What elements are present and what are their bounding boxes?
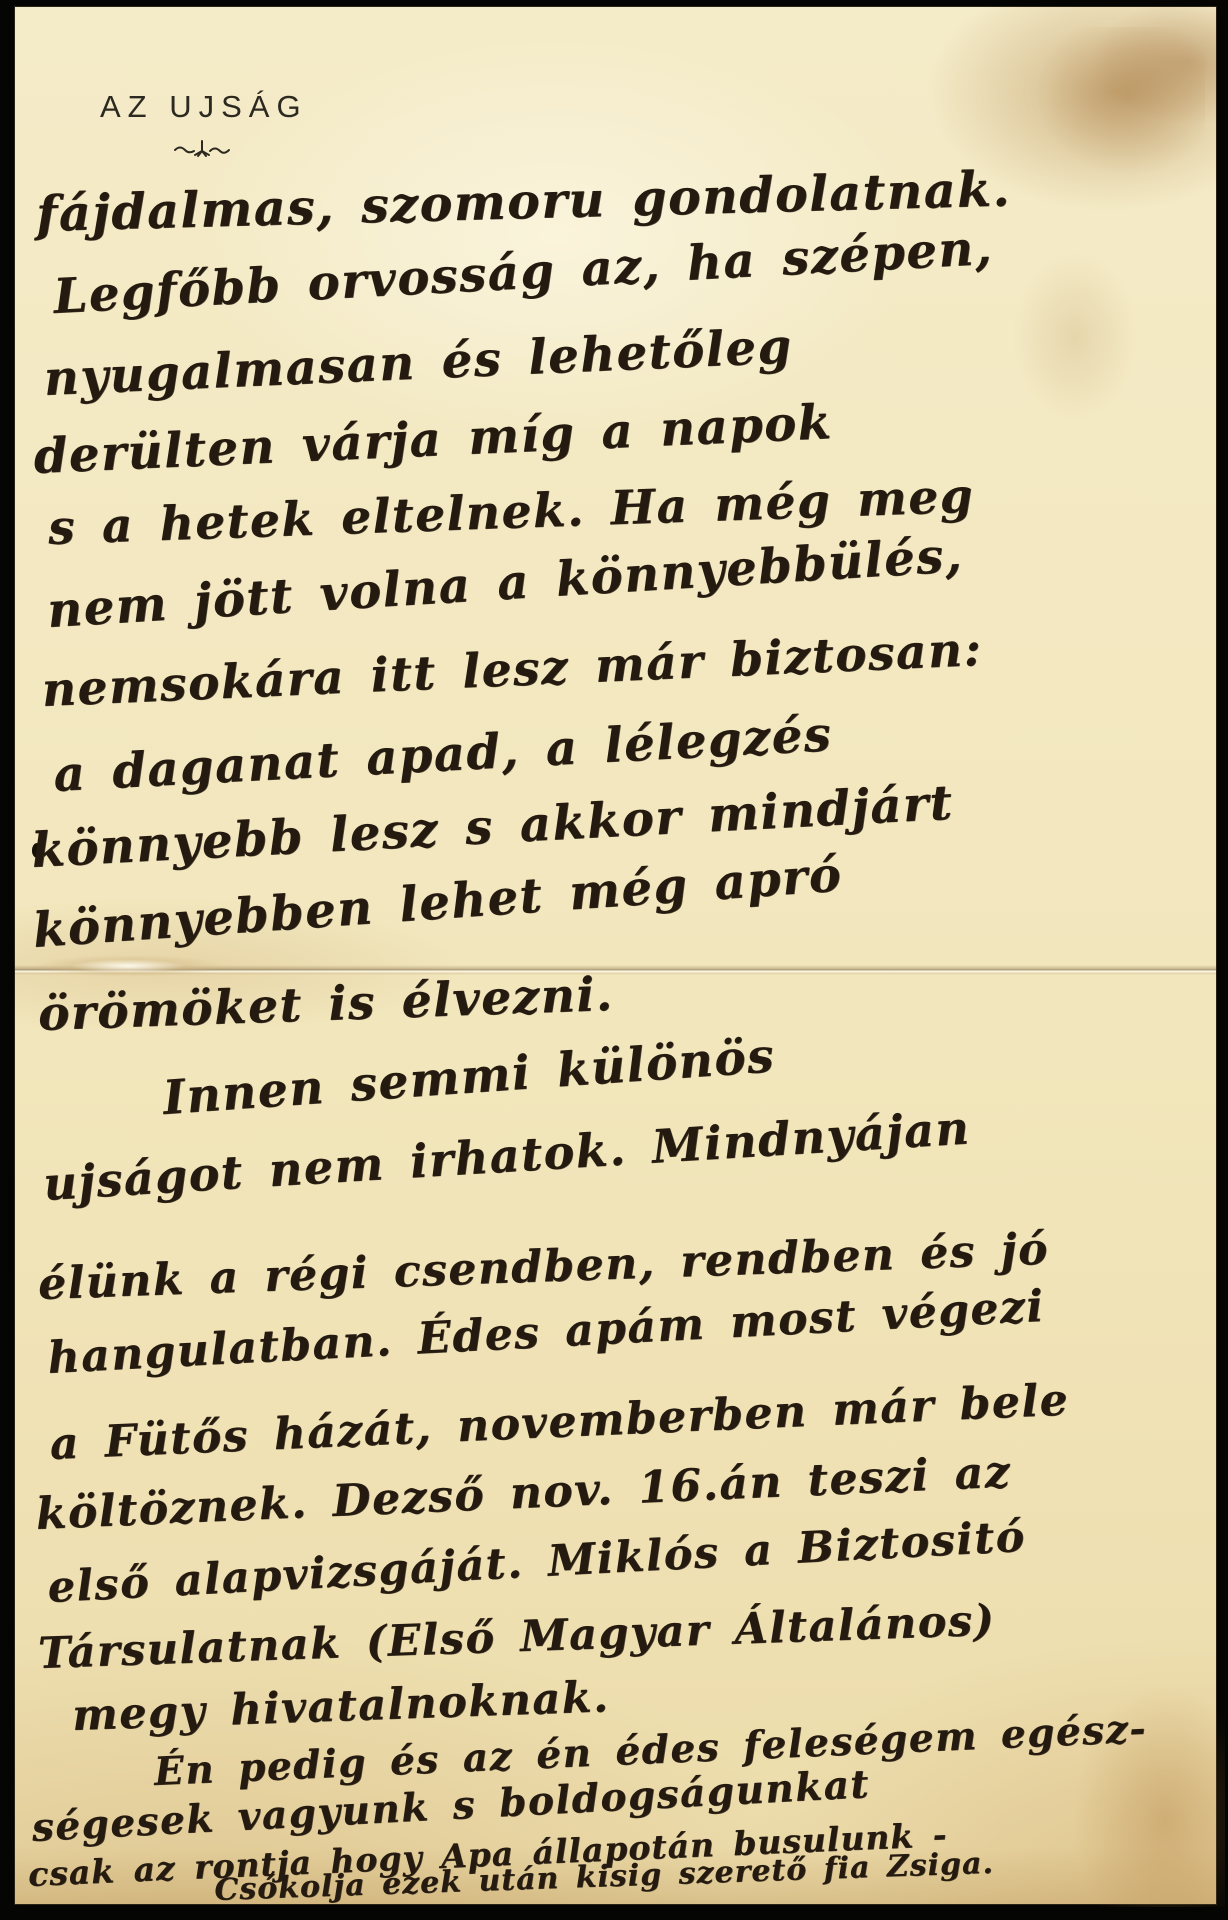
stain [1035, 27, 1205, 177]
letterhead-title: AZ UJSÁG [100, 89, 308, 125]
letter-paper: AZ UJSÁG fájdalmas, szomoru gondolatnak.… [15, 7, 1216, 1904]
handwritten-line: derülten várja míg a napok [33, 394, 834, 485]
letterhead-ornament-icon [173, 137, 231, 164]
handwritten-line: megy hivatalnoknak. [71, 1672, 610, 1741]
handwritten-line: Innen semmi különös [161, 1028, 777, 1126]
handwritten-line: Társulatnak (Első Magyar Általános) [37, 1596, 996, 1679]
handwritten-line: nemsokára itt lesz már biztosan: [41, 622, 984, 718]
handwritten-line: nyugalmasan és lehetőleg [43, 318, 794, 407]
